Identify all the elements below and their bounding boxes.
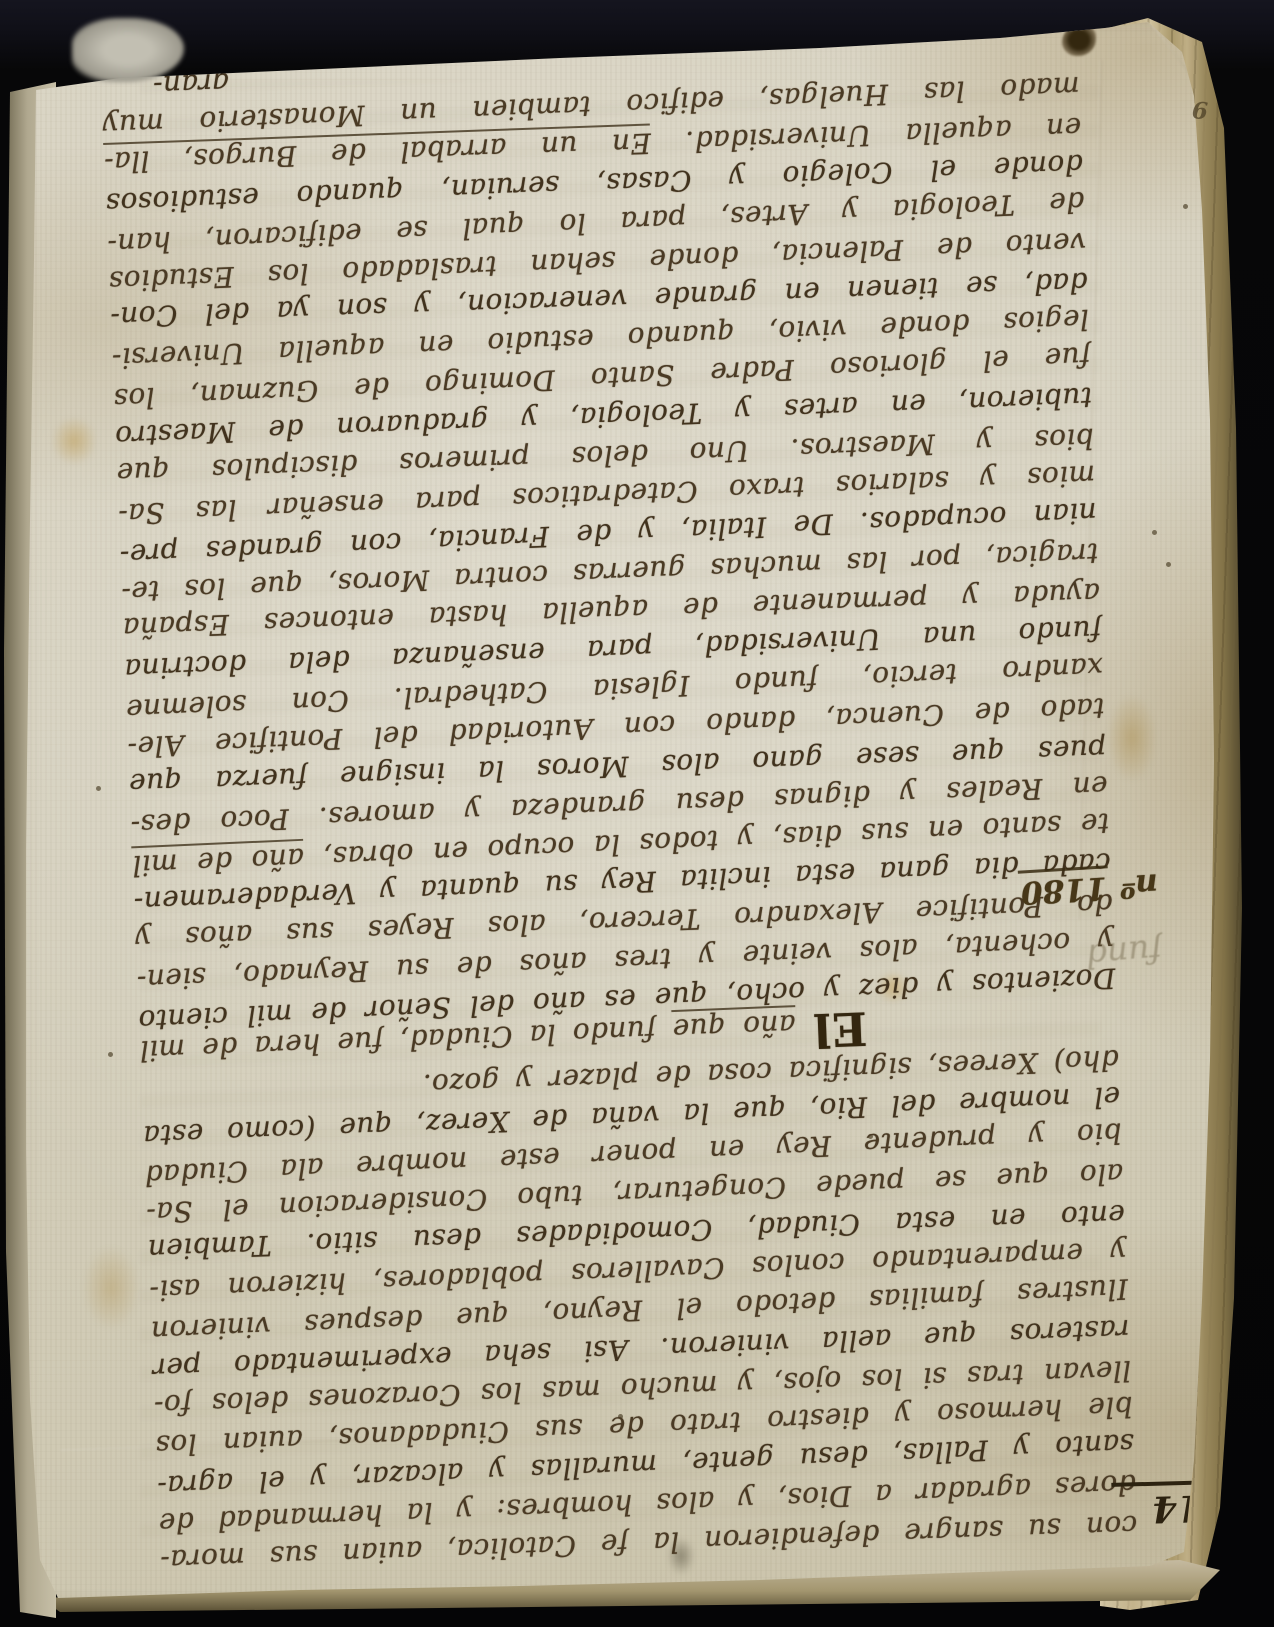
speck (108, 1052, 113, 1057)
marginal-number-prefix: nº (1119, 866, 1159, 904)
fore-edge-mark: 9 (1191, 96, 1208, 124)
foxing-stain (52, 418, 96, 464)
speck (1166, 562, 1171, 567)
speck (96, 786, 101, 791)
manuscript-text: con su sangre defendieron la fe Catolica… (100, 27, 1138, 1581)
foxing-stain (84, 1248, 138, 1328)
foxing-stain (1108, 696, 1156, 780)
manuscript-page: con su sangre defendieron la fe Catolica… (0, 0, 1274, 1627)
manuscript-photo: con su sangre defendieron la fe Catolica… (0, 0, 1274, 1627)
paper-tab-blob (72, 18, 184, 82)
speck (1183, 204, 1188, 209)
marginal-number-value: 1180 (1018, 865, 1111, 910)
speck (1152, 530, 1157, 535)
underlined-phrase: año de mil (131, 838, 304, 881)
